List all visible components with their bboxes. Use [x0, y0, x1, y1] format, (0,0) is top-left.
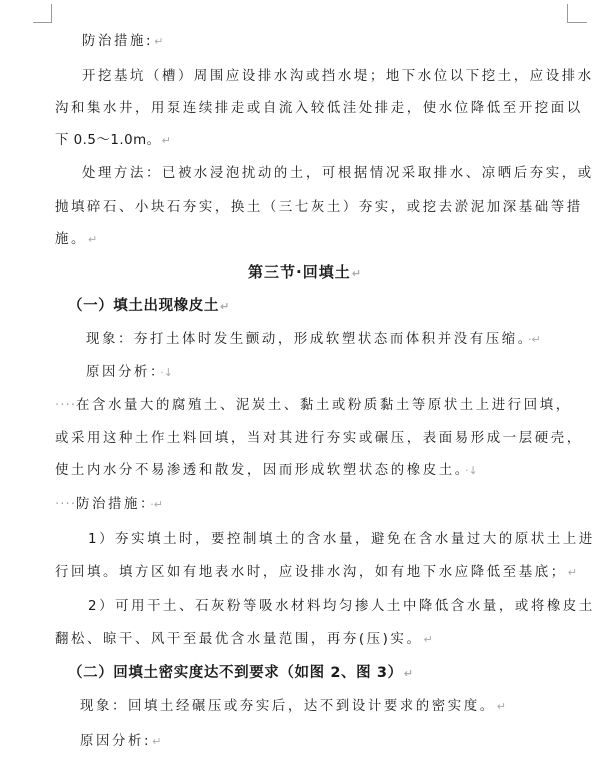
paragraph-mark-icon: ↵: [220, 300, 229, 313]
cause-label: 原因分析：·↓: [86, 363, 173, 383]
paragraph-line: 下 0.5～1.0m。↵: [55, 131, 171, 151]
paragraph-mark-icon: ↵: [152, 735, 161, 748]
phenomenon-line: 现象：夯打土体时发生颤动，形成软塑状态而体积并没有压缩。·↵: [86, 330, 541, 350]
cause-line: ····在含水量大的腐殖土、泥炭土、黏土或粉质黏土等原状土上进行回填，: [55, 396, 572, 416]
line-break-icon: ·↓: [465, 464, 478, 477]
subsection-heading-2: （二）回填土密实度达不到要求（如图 2、图 3）↵: [68, 663, 413, 684]
space-marks: ····: [55, 497, 76, 512]
phenomenon-line: 现象：回填土经碾压或夯实后，达不到设计要求的密实度。↵: [80, 697, 506, 717]
paragraph-mark-icon: ↵: [423, 633, 432, 646]
paragraph-mark-icon: ·↵: [150, 498, 163, 511]
paragraph-line: 施。↵: [55, 230, 97, 250]
paragraph-prevention-label: 防治措施:↵: [82, 32, 163, 52]
prevention-item-2-line-1: 2）可用干土、石灰粉等吸水材料均匀掺人土中降低含水量，或将橡皮土: [88, 597, 595, 617]
paragraph-mark-icon: ↵: [404, 667, 413, 680]
prevention-item-1-line-1: 1）夯实填土时，要控制填土的含水量，避免在含水量过大的原状土上进: [88, 530, 595, 550]
paragraph-mark-icon: ↵: [88, 233, 97, 246]
paragraph-mark-icon: ↵: [352, 267, 361, 280]
paragraph-line: 处理方法：已被水浸泡扰动的土，可根据情况采取排水、凉晒后夯实，或: [82, 164, 594, 184]
prevention-label: ····防治措施：·↵: [55, 495, 163, 515]
paragraph-mark-icon: ↵: [497, 700, 506, 713]
space-marks: ····: [55, 398, 76, 413]
paragraph-mark-icon: ↵: [154, 35, 163, 48]
cause-line: 使土内水分不易渗透和散发，因而形成软塑状态的橡皮土。·↓: [55, 461, 478, 481]
cause-line: 或采用这种土作土料回填，当对其进行夯实或碾压，表面易形成一层硬壳，: [55, 429, 583, 449]
crop-mark-top-left: [33, 4, 52, 23]
crop-mark-top-right: [567, 4, 587, 23]
paragraph-line: 沟和集水井，用泵连续排走或自流入较低洼处排走，使水位降低至开挖面以: [55, 99, 583, 119]
subsection-heading-1: （一）填土出现橡皮土↵: [68, 296, 229, 317]
document-page: 防治措施:↵ 开挖基坑（槽）周围应设排水沟或挡水堤；地下水位以下挖土，应设排水 …: [0, 0, 606, 760]
line-break-icon: ·↓: [160, 366, 173, 379]
paragraph-mark-icon: ↵: [568, 566, 577, 579]
prevention-item-2-line-2: 翻松、晾干、风干至最优含水量范围，再夯(压)实。↵: [55, 630, 433, 650]
paragraph-line: 开挖基坑（槽）周围应设排水沟或挡水堤；地下水位以下挖土，应设排水: [82, 67, 594, 87]
cause-label: 原因分析:↵: [80, 732, 161, 752]
section-heading: 第三节·回填土↵: [248, 262, 361, 284]
paragraph-line: 抛填碎石、小块石夯实，换土（三七灰土）夯实，或挖去淤泥加深基础等措: [55, 198, 583, 218]
paragraph-mark-icon: ↵: [162, 134, 171, 147]
prevention-item-1-line-2: 行回填。填方区如有地表水时，应设排水沟，如有地下水应降低至基底；↵: [55, 563, 577, 583]
paragraph-mark-icon: ·↵: [528, 333, 541, 346]
